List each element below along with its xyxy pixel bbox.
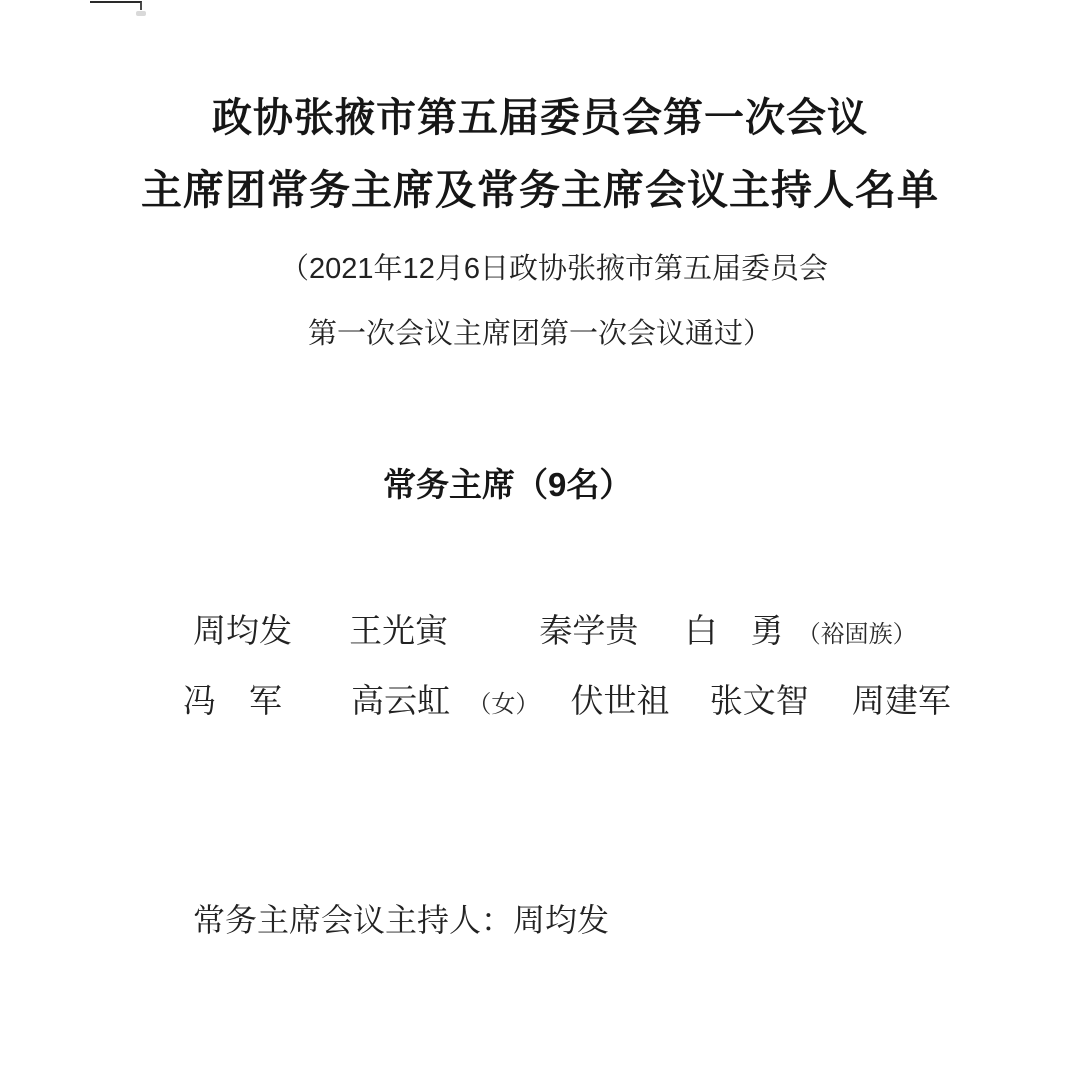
cropped-frame-fragment bbox=[90, 1, 142, 10]
section-heading: 常务主席（9名） bbox=[383, 459, 632, 506]
name-item: 冯 军 bbox=[183, 675, 282, 722]
name-item: 王光寅 bbox=[349, 605, 448, 652]
name-item: 高云虹 bbox=[351, 675, 450, 722]
name-list-row-1: 周均发 王光寅 秦学贵 白 勇 （裕固族） bbox=[193, 605, 917, 652]
ethnicity-note: （裕固族） bbox=[797, 614, 917, 649]
cropped-frame-smudge bbox=[136, 11, 146, 16]
name-list-row-2: 冯 军 高云虹 （女） 伏世祖 张文智 周建军 bbox=[183, 675, 951, 722]
name-item: 伏世祖 bbox=[571, 675, 670, 722]
adoption-note-line1: （2021年12月6日政协张掖市第五届委员会 bbox=[14, 252, 1080, 287]
page-title-line2: 主席团常务主席及常务主席会议主持人名单 bbox=[0, 166, 1080, 215]
gender-note: （女） bbox=[467, 684, 539, 719]
adoption-note-line2: 第一次会议主席团第一次会议通过） bbox=[0, 317, 1080, 352]
name-item: 秦学贵 bbox=[539, 605, 638, 652]
name-item: 周建军 bbox=[852, 675, 951, 722]
page-title-line1: 政协张掖市第五届委员会第一次会议 bbox=[0, 94, 1080, 142]
name-item: 白 勇 bbox=[685, 605, 784, 652]
name-item: 张文智 bbox=[710, 675, 809, 722]
document-page: 政协张掖市第五届委员会第一次会议 主席团常务主席及常务主席会议主持人名单 （20… bbox=[0, 0, 1080, 1082]
moderator-line: 常务主席会议主持人：周均发 bbox=[193, 895, 609, 941]
name-item: 周均发 bbox=[193, 605, 292, 652]
